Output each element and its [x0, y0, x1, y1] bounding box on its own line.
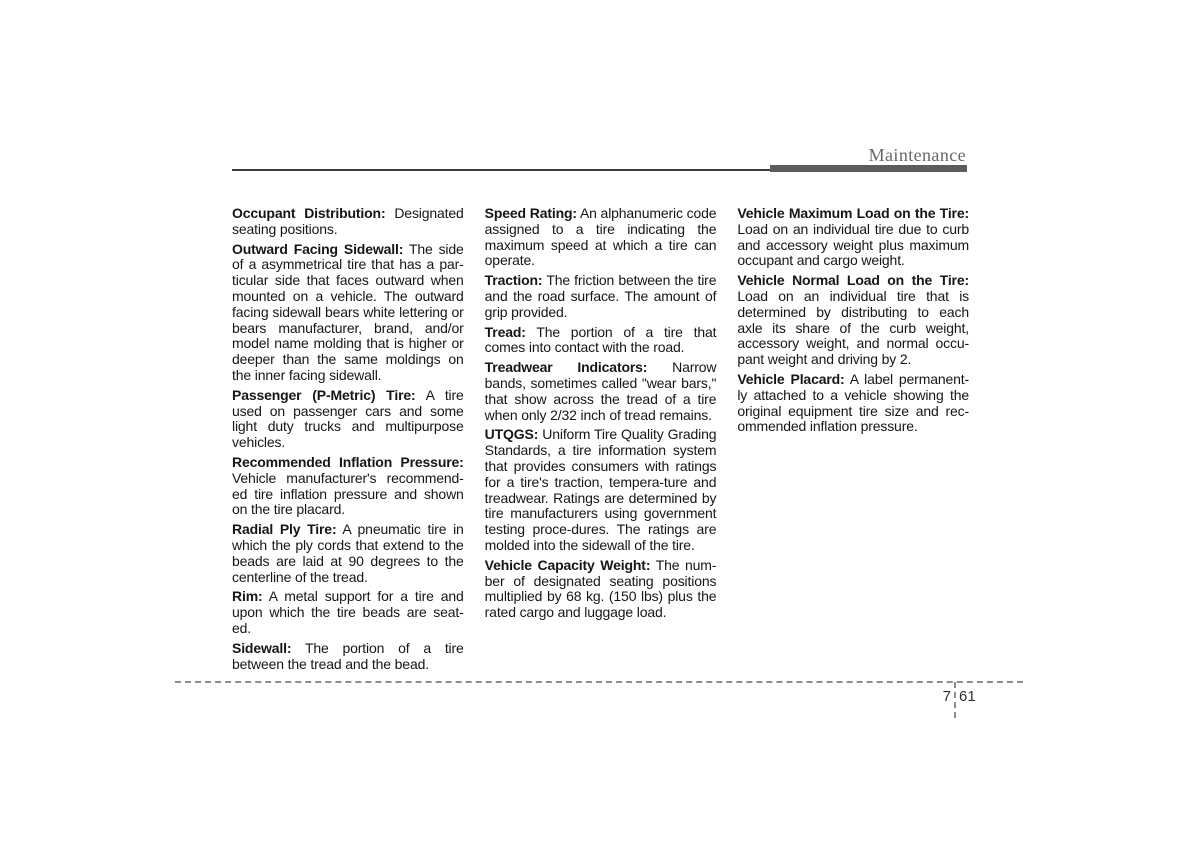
definition-term: Sidewall: [232, 640, 291, 656]
page-number: 61 [959, 688, 976, 705]
chapter-number: 7 [924, 688, 951, 705]
definition-term: Traction: [485, 272, 543, 288]
definition-paragraph: Traction: The friction between the tire … [485, 273, 717, 320]
definition-term: Speed Rating: [485, 205, 577, 221]
definition-paragraph: Rim: A metal support for a tire and upon… [232, 589, 464, 636]
definition-term: Passenger (P-Metric) Tire: [232, 387, 416, 403]
definition-text: Uniform Tire Quality Grading Standards, … [485, 426, 717, 553]
header-rule-thick [770, 165, 967, 172]
definition-paragraph: Treadwear Indicators: Narrow bands, some… [485, 360, 717, 423]
definition-text: A metal support for a tire and upon whic… [232, 588, 464, 636]
definition-paragraph: Vehicle Placard: A label permanent-ly at… [737, 372, 969, 435]
definition-text: Load on an individual tire due to curb a… [737, 221, 969, 269]
definition-term: Treadwear Indicators: [485, 359, 648, 375]
definition-term: Tread: [485, 324, 526, 340]
definition-text: The side of a asymmetrical tire that has… [232, 241, 464, 383]
definition-paragraph: Vehicle Maximum Load on the Tire: Load o… [737, 206, 969, 269]
definition-paragraph: Vehicle Normal Load on the Tire: Load on… [737, 273, 969, 368]
definition-term: Occupant Distribution: [232, 205, 385, 221]
definition-paragraph: Vehicle Capacity Weight: The num-ber of … [485, 558, 717, 621]
definition-term: Vehicle Normal Load on the Tire: [737, 272, 969, 288]
definition-paragraph: UTQGS: Uniform Tire Quality Grading Stan… [485, 427, 717, 553]
definition-paragraph: Occupant Distribution: Designated seatin… [232, 206, 464, 238]
definition-text: Vehicle manufacturer's recommend-ed tire… [232, 470, 464, 518]
definition-term: Outward Facing Sidewall: [232, 241, 403, 257]
definition-term: Vehicle Maximum Load on the Tire: [737, 205, 969, 221]
definition-term: Radial Ply Tire: [232, 521, 336, 537]
definition-paragraph: Outward Facing Sidewall: The side of a a… [232, 242, 464, 384]
definition-paragraph: Sidewall: The portion of a tire between … [232, 641, 464, 673]
definition-paragraph: Speed Rating: An alphanumeric code assig… [485, 206, 717, 269]
definition-paragraph: Radial Ply Tire: A pneumatic tire in whi… [232, 522, 464, 585]
glossary-column-1: Occupant Distribution: Designated seatin… [232, 206, 464, 676]
definition-term: UTQGS: [485, 426, 539, 442]
definition-term: Recommended Inflation Pressure: [232, 454, 464, 470]
definition-text: Load on an individual tire that is deter… [737, 288, 969, 367]
glossary-column-2: Speed Rating: An alphanumeric code assig… [485, 206, 717, 676]
definition-term: Vehicle Placard: [737, 371, 844, 387]
footer-dashed-rule [175, 681, 1023, 683]
definition-paragraph: Passenger (P-Metric) Tire: A tire used o… [232, 388, 464, 451]
glossary-columns: Occupant Distribution: Designated seatin… [232, 206, 969, 676]
definition-paragraph: Tread: The portion of a tire that comes … [485, 325, 717, 357]
section-title: Maintenance [716, 145, 966, 166]
definition-term: Rim: [232, 588, 263, 604]
glossary-column-3: Vehicle Maximum Load on the Tire: Load o… [737, 206, 969, 676]
definition-paragraph: Recommended Inflation Pressure: Vehicle … [232, 455, 464, 518]
definition-term: Vehicle Capacity Weight: [485, 557, 651, 573]
header-rule-thin [232, 169, 771, 171]
page-number-separator [954, 682, 956, 718]
manual-page: Maintenance Occupant Distribution: Desig… [0, 0, 1200, 848]
